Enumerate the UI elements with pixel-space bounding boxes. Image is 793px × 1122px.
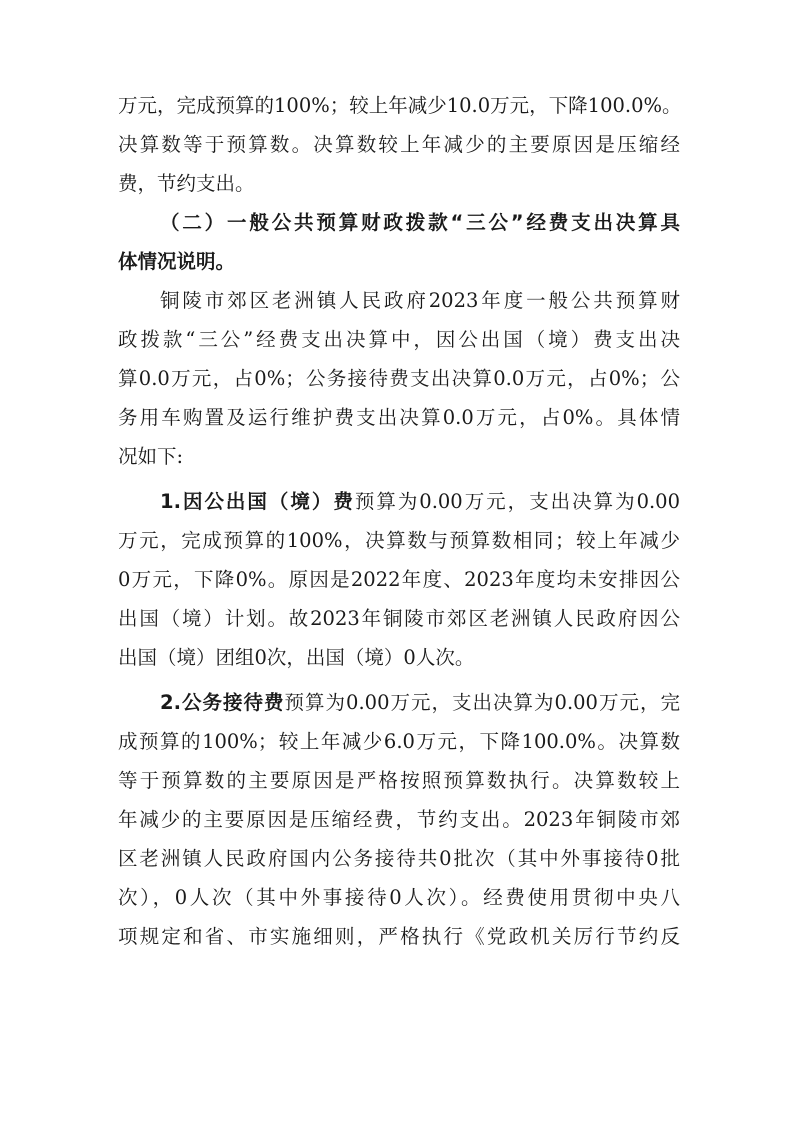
text-line: 政拨款“三公”经费支出决算中，因公出国（境）费支出决 (118, 320, 680, 359)
text-line: 等于预算数的主要原因是严格按照预算数执行。决算数较上 (118, 761, 680, 800)
text-line: 0万元，下降0%。原因是2022年度、2023年度均未安排因公 (118, 560, 680, 599)
item-first-line: 2.公务接待费预算为0.00万元，支出决算为0.00万元，完 (118, 683, 680, 722)
section-heading: （二）一般公共预算财政拨款“三公”经费支出决算具 体情况说明。 (118, 203, 680, 281)
item-first-line: 1.因公出国（境）费预算为0.00万元，支出决算为0.00 (118, 482, 680, 521)
text-line: 况如下: (118, 437, 680, 476)
text-line: 务用车购置及运行维护费支出决算0.0万元，占0%。具体情 (118, 398, 680, 437)
item-text: 预算为0.00万元，支出决算为0.00 (355, 490, 680, 513)
text-line: 决算数等于预算数。决算数较上年减少的主要原因是压缩经 (118, 125, 680, 164)
intro-paragraph: 铜陵市郊区老洲镇人民政府2023年度一般公共预算财 政拨款“三公”经费支出决算中… (118, 281, 680, 476)
text-line: 出国（境）团组0次，出国（境）0人次。 (118, 638, 680, 677)
text-line: 万元，完成预算的100%；较上年减少10.0万元，下降100.0%。 (118, 86, 680, 125)
document-page: 万元，完成预算的100%；较上年减少10.0万元，下降100.0%。 决算数等于… (118, 86, 680, 956)
text-line: 算0.0万元，占0%；公务接待费支出决算0.0万元，占0%；公 (118, 359, 680, 398)
item-text: 预算为0.00万元，支出决算为0.00万元，完 (285, 691, 680, 714)
item-title: 1.因公出国（境）费 (160, 490, 355, 513)
text-line: 年减少的主要原因是压缩经费，节约支出。2023年铜陵市郊 (118, 800, 680, 839)
item-official-reception: 2.公务接待费预算为0.00万元，支出决算为0.00万元，完 成预算的100%；… (118, 683, 680, 956)
item-overseas-travel: 1.因公出国（境）费预算为0.00万元，支出决算为0.00 万元，完成预算的10… (118, 482, 680, 677)
text-line: 项规定和省、市实施细则，严格执行《党政机关厉行节约反 (118, 917, 680, 956)
text-line: 万元，完成预算的100%，决算数与预算数相同；较上年减少 (118, 521, 680, 560)
text-line: 费，节约支出。 (118, 164, 680, 203)
heading-line: （二）一般公共预算财政拨款“三公”经费支出决算具 (118, 203, 680, 242)
text-line: 出国（境）计划。故2023年铜陵市郊区老洲镇人民政府因公 (118, 599, 680, 638)
paragraph-continuation: 万元，完成预算的100%；较上年减少10.0万元，下降100.0%。 决算数等于… (118, 86, 680, 203)
heading-line: 体情况说明。 (118, 242, 680, 281)
item-title: 2.公务接待费 (160, 691, 285, 714)
text-line: 铜陵市郊区老洲镇人民政府2023年度一般公共预算财 (118, 281, 680, 320)
text-line: 次），0人次（其中外事接待0人次）。经费使用贯彻中央八 (118, 878, 680, 917)
text-line: 区老洲镇人民政府国内公务接待共0批次（其中外事接待0批 (118, 839, 680, 878)
text-line: 成预算的100%；较上年减少6.0万元，下降100.0%。决算数 (118, 722, 680, 761)
